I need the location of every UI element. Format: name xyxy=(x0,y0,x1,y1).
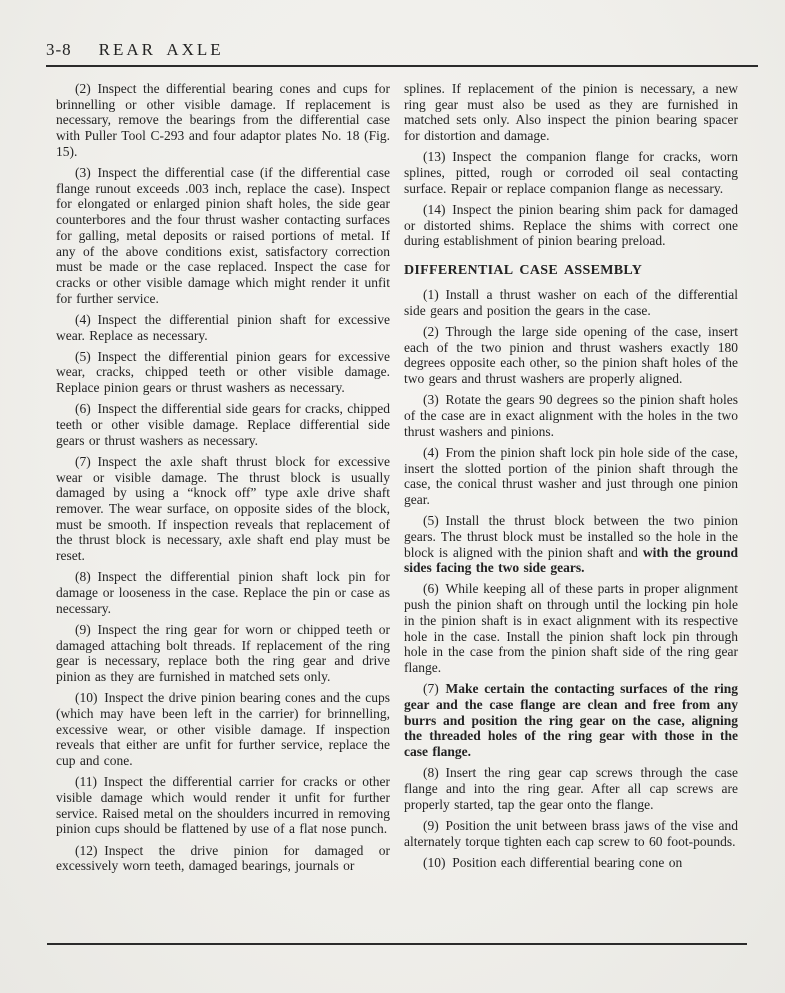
left-column: (2) Inspect the differential bearing con… xyxy=(56,81,390,880)
paragraph: (2) Inspect the differential bearing con… xyxy=(56,81,390,160)
two-column-body: (2) Inspect the differential bearing con… xyxy=(56,81,738,880)
section-heading: DIFFERENTIAL CASE ASSEMBLY xyxy=(404,263,738,279)
right-column-bottom: (1) Install a thrust washer on each of t… xyxy=(404,287,738,870)
right-column: splines. If replacement of the pinion is… xyxy=(404,81,738,880)
footer-rule xyxy=(47,943,747,945)
paragraph: (8) Insert the ring gear cap screws thro… xyxy=(404,765,738,812)
page-number: 3-8 xyxy=(46,40,72,59)
right-column-top: splines. If replacement of the pinion is… xyxy=(404,81,738,249)
page-header: 3-8REAR AXLE xyxy=(46,40,758,67)
paragraph: (10) Position each differential bearing … xyxy=(404,855,738,871)
paragraph: (13) Inspect the companion flange for cr… xyxy=(404,149,738,196)
paragraph: (8) Inspect the differential pinion shaf… xyxy=(56,569,390,616)
paragraph: (1) Install a thrust washer on each of t… xyxy=(404,287,738,318)
paragraph: (2) Through the large side opening of th… xyxy=(404,324,738,387)
paragraph: (7) Inspect the axle shaft thrust block … xyxy=(56,454,390,564)
paragraph: (11) Inspect the differential carrier fo… xyxy=(56,774,390,837)
paragraph: splines. If replacement of the pinion is… xyxy=(404,81,738,144)
paragraph: (3) Inspect the differential case (if th… xyxy=(56,165,390,306)
paragraph: (12) Inspect the drive pinion for damage… xyxy=(56,843,390,874)
paragraph: (7) Make certain the contacting surfaces… xyxy=(404,681,738,760)
paragraph: (3) Rotate the gears 90 degrees so the p… xyxy=(404,392,738,439)
paragraph: (14) Inspect the pinion bearing shim pac… xyxy=(404,202,738,249)
paragraph: (6) While keeping all of these parts in … xyxy=(404,581,738,675)
paragraph: (5) Install the thrust block between the… xyxy=(404,513,738,576)
paragraph: (6) Inspect the differential side gears … xyxy=(56,401,390,448)
paragraph: (4) From the pinion shaft lock pin hole … xyxy=(404,445,738,508)
manual-page: 3-8REAR AXLE (2) Inspect the differentia… xyxy=(0,0,785,993)
paragraph: (5) Inspect the differential pinion gear… xyxy=(56,349,390,396)
paragraph: (10) Inspect the drive pinion bearing co… xyxy=(56,690,390,769)
paragraph: (9) Position the unit between brass jaws… xyxy=(404,818,738,849)
page-title: REAR AXLE xyxy=(99,40,224,59)
paragraph: (9) Inspect the ring gear for worn or ch… xyxy=(56,622,390,685)
paragraph: (4) Inspect the differential pinion shaf… xyxy=(56,312,390,343)
